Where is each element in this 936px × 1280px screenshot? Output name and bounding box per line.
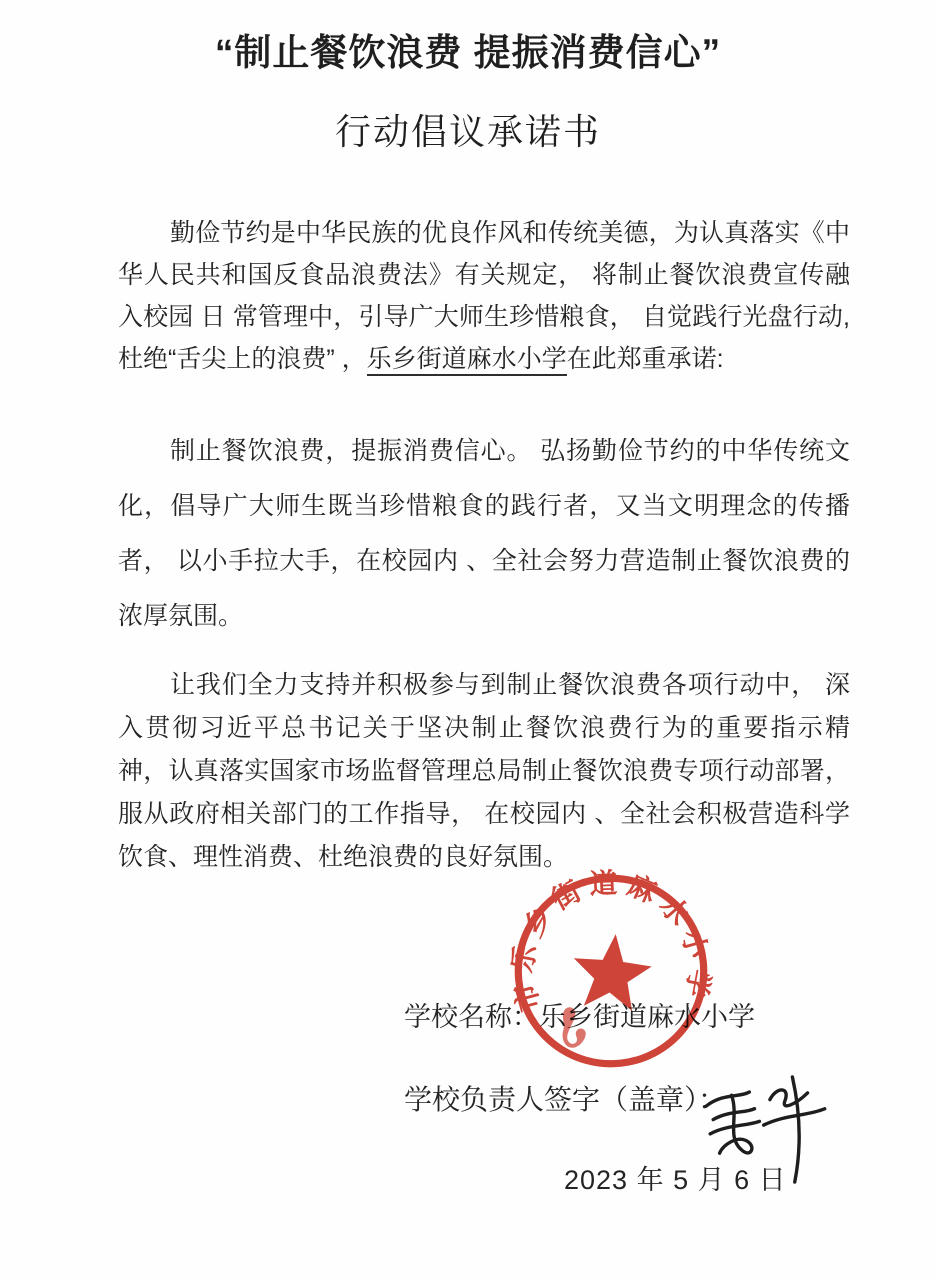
text-line: 制止餐饮浪费，提振消费信心。 弘扬勤俭节约的中华传统文 bbox=[118, 424, 850, 479]
document-page: “制止餐饮浪费 提振消费信心” 行动倡议承诺书 勤俭节约是中华民族的优良作风和传… bbox=[0, 0, 936, 1280]
text-line: 服从政府相关部门的工作指导， 在校园内 、全社会积极营造科学 bbox=[118, 793, 850, 836]
text-line: 让我们全力支持并积极参与到制止餐饮浪费各项行动中， 深 bbox=[118, 664, 850, 707]
text-line: 入校园 日 常管理中，引导广大师生珍惜粮食， 自觉践行光盘行动, bbox=[118, 296, 850, 338]
document-title: “制止餐饮浪费 提振消费信心” bbox=[0, 22, 936, 76]
text-line: 勤俭节约是中华民族的优良作风和传统美德，为认真落实《中 bbox=[118, 212, 850, 254]
text-line: 神，认真落实国家市场监督管理总局制止餐饮浪费专项行动部署， bbox=[118, 750, 850, 793]
seal-arc-text: 市乐乡街道麻水小学 bbox=[498, 858, 719, 1027]
official-seal: 市乐乡街道麻水小学 bbox=[498, 858, 724, 1084]
text-line: 浓厚氛围。 bbox=[118, 589, 850, 644]
seal-smudge bbox=[560, 1006, 587, 1049]
text-line: 化，倡导广大师生既当珍惜粮食的践行者，又当文明理念的传播 bbox=[118, 479, 850, 534]
seal-star-icon bbox=[569, 930, 655, 1012]
underlined-school-name: 乐乡街道麻水小学 bbox=[367, 345, 567, 376]
text-line: 华人民共和国反食品浪费法》有关规定， 将制止餐饮浪费宣传融 bbox=[118, 254, 850, 296]
text-line: 饮食、理性消费、杜绝浪费的良好氛围。 bbox=[118, 836, 850, 879]
principal-signature-label: 学校负责人签字（盖章）： bbox=[404, 1078, 726, 1118]
text-line: 杜绝“舌尖上的浪费” ，乐乡街道麻水小学在此郑重承诺: bbox=[118, 338, 850, 380]
paragraph-2: 制止餐饮浪费，提振消费信心。 弘扬勤俭节约的中华传统文 化，倡导广大师生既当珍惜… bbox=[118, 424, 850, 644]
paragraph-3: 让我们全力支持并积极参与到制止餐饮浪费各项行动中， 深 入贯彻习近平总书记关于坚… bbox=[118, 664, 850, 879]
text-line: 入贯彻习近平总书记关于坚决制止餐饮浪费行为的重要指示精 bbox=[118, 707, 850, 750]
handwritten-signature bbox=[696, 1068, 834, 1192]
text-line: 者， 以小手拉大手，在校园内 、全社会努力营造制止餐饮浪费的 bbox=[118, 534, 850, 589]
document-subtitle: 行动倡议承诺书 bbox=[0, 104, 936, 155]
text-segment: 在此郑重承诺: bbox=[567, 345, 724, 373]
paragraph-1: 勤俭节约是中华民族的优良作风和传统美德，为认真落实《中 华人民共和国反食品浪费法… bbox=[118, 212, 850, 380]
text-segment: 杜绝“舌尖上的浪费” ， bbox=[118, 345, 367, 373]
